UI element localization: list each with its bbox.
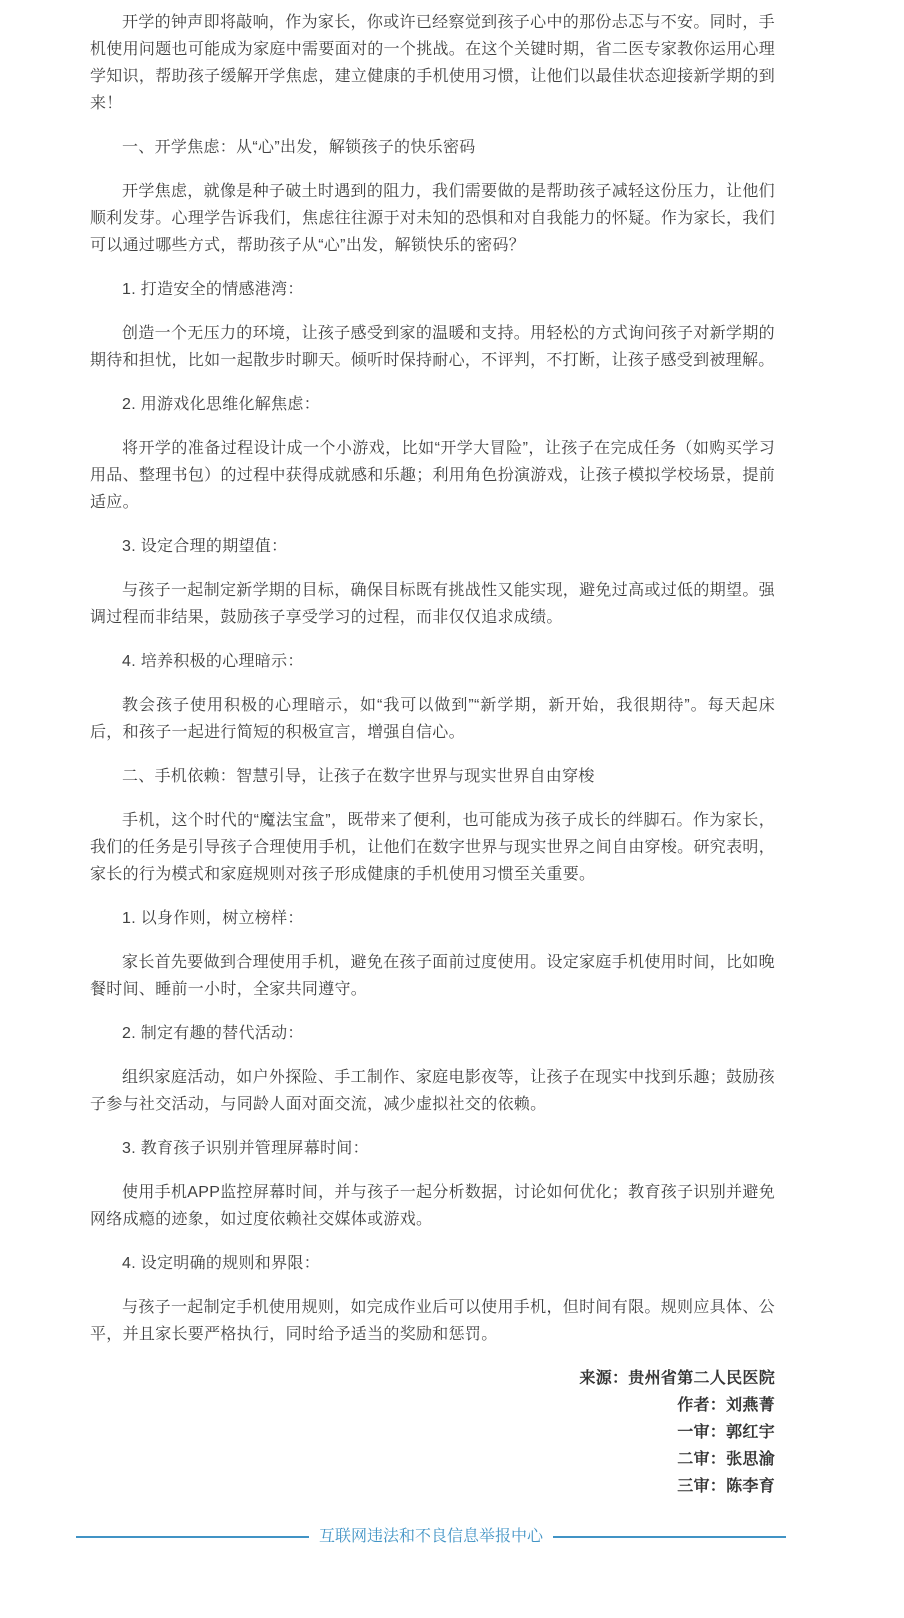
credit-source: 来源：贵州省第二人民医院 (90, 1365, 775, 1392)
credit-first-review: 一审：郭红宇 (90, 1419, 775, 1446)
item-4-heading: 4. 培养积极的心理暗示： (90, 648, 775, 675)
paragraph: 开学焦虑，就像是种子破土时遇到的阻力，我们需要做的是帮助孩子减轻这份压力，让他们… (90, 178, 775, 259)
credits-block: 来源：贵州省第二人民医院 作者：刘燕菁 一审：郭红宇 二审：张思渝 三审：陈李育 (90, 1365, 775, 1500)
paragraph: 手机，这个时代的“魔法宝盒”，既带来了便利，也可能成为孩子成长的绊脚石。作为家长… (90, 807, 775, 888)
section-2-heading: 二、手机依赖：智慧引导，让孩子在数字世界与现实世界自由穿梭 (90, 763, 775, 790)
item-2-heading: 2. 用游戏化思维化解焦虑： (90, 391, 775, 418)
item-3-heading: 3. 设定合理的期望值： (90, 533, 775, 560)
item-3-heading: 3. 教育孩子识别并管理屏幕时间： (90, 1135, 775, 1162)
credit-third-review: 三审：陈李育 (90, 1473, 775, 1500)
report-center-link[interactable]: 互联网违法和不良信息举报中心 (309, 1526, 553, 1548)
item-2-heading: 2. 制定有趣的替代活动： (90, 1020, 775, 1047)
intro-paragraph: 开学的钟声即将敲响，作为家长，你或许已经察觉到孩子心中的那份忐忑与不安。同时，手… (90, 9, 775, 117)
footer-divider-right (553, 1536, 786, 1538)
credit-second-review: 二审：张思渝 (90, 1446, 775, 1473)
paragraph: 家长首先要做到合理使用手机，避免在孩子面前过度使用。设定家庭手机使用时间，比如晚… (90, 949, 775, 1003)
report-center-footer: 互联网违法和不良信息举报中心 (76, 1526, 786, 1578)
paragraph: 创造一个无压力的环境，让孩子感受到家的温暖和支持。用轻松的方式询问孩子对新学期的… (90, 320, 775, 374)
section-1-heading: 一、开学焦虑：从“心”出发，解锁孩子的快乐密码 (90, 134, 775, 161)
footer-divider-left (76, 1536, 309, 1538)
item-1-heading: 1. 打造安全的情感港湾： (90, 276, 775, 303)
paragraph: 与孩子一起制定手机使用规则，如完成作业后可以使用手机，但时间有限。规则应具体、公… (90, 1294, 775, 1348)
paragraph: 与孩子一起制定新学期的目标，确保目标既有挑战性又能实现，避免过高或过低的期望。强… (90, 577, 775, 631)
item-1-heading: 1. 以身作则，树立榜样： (90, 905, 775, 932)
page: { "colors": { "body_text": "#3f3f3f", "c… (0, 0, 904, 1618)
paragraph: 组织家庭活动，如户外探险、手工制作、家庭电影夜等，让孩子在现实中找到乐趣；鼓励孩… (90, 1064, 775, 1118)
paragraph: 教会孩子使用积极的心理暗示，如“我可以做到”“新学期，新开始，我很期待”。每天起… (90, 692, 775, 746)
paragraph: 将开学的准备过程设计成一个小游戏，比如“开学大冒险”，让孩子在完成任务（如购买学… (90, 435, 775, 516)
article-body: 开学的钟声即将敲响，作为家长，你或许已经察觉到孩子心中的那份忐忑与不安。同时，手… (0, 0, 904, 1500)
paragraph: 使用手机APP监控屏幕时间，并与孩子一起分析数据，讨论如何优化；教育孩子识别并避… (90, 1179, 775, 1233)
credit-author: 作者：刘燕菁 (90, 1392, 775, 1419)
item-4-heading: 4. 设定明确的规则和界限： (90, 1250, 775, 1277)
